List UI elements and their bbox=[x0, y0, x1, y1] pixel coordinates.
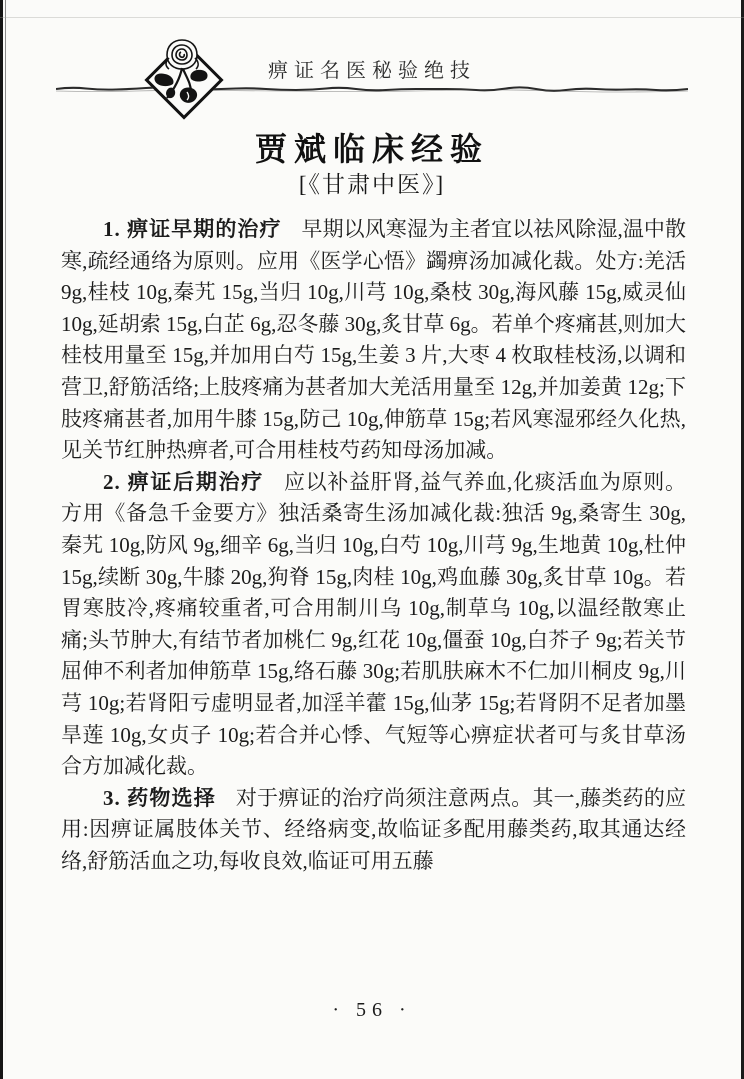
article-body: 1. 痹证早期的治疗早期以风寒湿为主者宜以祛风除湿,温中散寒,疏经通络为原则。应… bbox=[61, 214, 686, 877]
paragraph-1: 1. 痹证早期的治疗早期以风寒湿为主者宜以祛风除湿,温中散寒,疏经通络为原则。应… bbox=[61, 214, 686, 467]
scan-horizontal-line-artifact bbox=[0, 17, 744, 18]
article-title: 贾斌临床经验 bbox=[0, 124, 744, 170]
rose-ornament bbox=[145, 36, 219, 120]
book-page: 痹证名医秘验绝技 bbox=[0, 0, 744, 1079]
paragraph-2-heading: 2. 痹证后期治疗 bbox=[103, 470, 264, 494]
page-number: · 56 · bbox=[0, 999, 744, 1022]
paragraph-2-text: 应以补益肝肾,益气养血,化痰活血为原则。方用《备急千金要方》独活桑寄生汤加减化裁… bbox=[61, 470, 686, 778]
paragraph-3-heading: 3. 药物选择 bbox=[103, 786, 216, 810]
paragraph-1-heading: 1. 痹证早期的治疗 bbox=[103, 217, 282, 241]
paragraph-1-text: 早期以风寒湿为主者宜以祛风除湿,温中散寒,疏经通络为原则。应用《医学心悟》蠲痹汤… bbox=[61, 217, 686, 462]
paragraph-2: 2. 痹证后期治疗应以补益肝肾,益气养血,化痰活血为原则。方用《备急千金要方》独… bbox=[61, 467, 686, 783]
rose-icon bbox=[145, 36, 219, 120]
running-header-title: 痹证名医秘验绝技 bbox=[0, 54, 744, 83]
article-source: [《甘肃中医》] bbox=[0, 166, 744, 199]
paragraph-3: 3. 药物选择对于痹证的治疗尚须注意两点。其一,藤类药的应用:因痹证属肢体关节、… bbox=[61, 783, 686, 878]
